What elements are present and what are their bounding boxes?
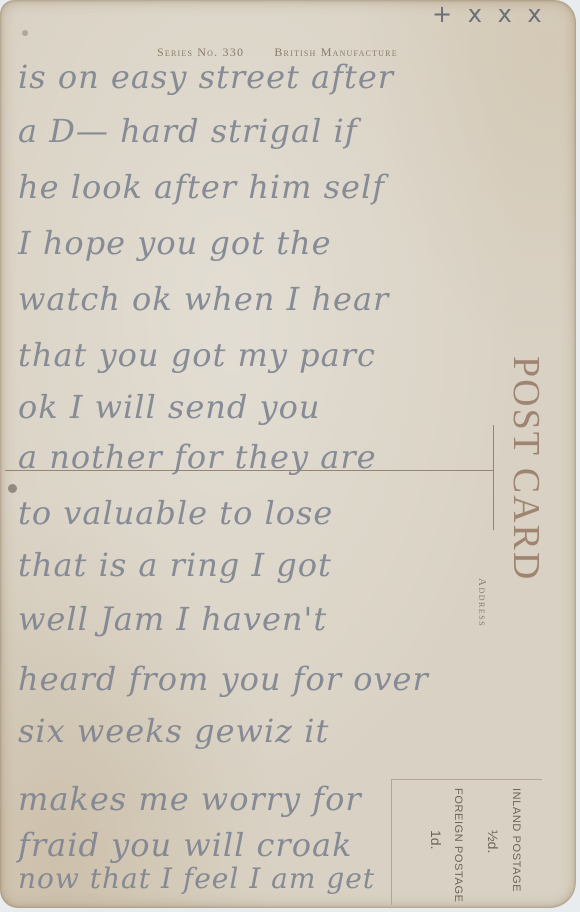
handwritten-line: he look after him self [18, 168, 385, 206]
handwritten-line: well Jam I haven't [18, 600, 327, 638]
ink-spot [8, 484, 17, 493]
margin-note: on easy street from your … [572, 440, 576, 826]
handwritten-line: ok I will send you [18, 388, 320, 426]
manufacture-label: British Manufacture [274, 45, 397, 59]
handwritten-line: now that I feel I am get [18, 862, 375, 895]
handwritten-line: a nother for they are [18, 438, 377, 476]
handwritten-line: fraid you will croak [18, 826, 352, 864]
foreign-postage-price: 1d. [428, 830, 444, 849]
foreign-postage-label: FOREIGN POSTAGE [452, 788, 464, 903]
inland-postage-label: INLAND POSTAGE [510, 788, 522, 892]
handwritten-line: that you got my parc [18, 336, 376, 374]
handwritten-line: heard from you for over [18, 660, 429, 698]
postcard-back: Series No. 330 British Manufacture POST … [0, 0, 576, 908]
handwritten-line: that is a ring I got [18, 546, 332, 584]
divider-vertical [493, 425, 494, 530]
handwritten-line: makes me worry for [18, 780, 362, 818]
handwritten-line: is on easy street after [18, 58, 394, 96]
handwritten-line: to valuable to lose [18, 494, 333, 532]
handwritten-line: I hope you got the [18, 224, 332, 262]
handwritten-line: watch ok when I hear [18, 280, 389, 318]
handwritten-line: six weeks gewiz it [18, 712, 329, 750]
kisses-marks: + x x x [432, 0, 546, 28]
stamp-box: INLAND POSTAGE ½d. FOREIGN POSTAGE 1d. [391, 779, 542, 905]
series-number: Series No. 330 [157, 45, 244, 59]
address-label: Address [476, 578, 488, 627]
ink-spot [22, 30, 28, 36]
postcard-title: POST CARD [504, 356, 548, 581]
handwritten-line: a D— hard strigal if [18, 112, 358, 150]
inland-postage-price: ½d. [485, 830, 501, 853]
